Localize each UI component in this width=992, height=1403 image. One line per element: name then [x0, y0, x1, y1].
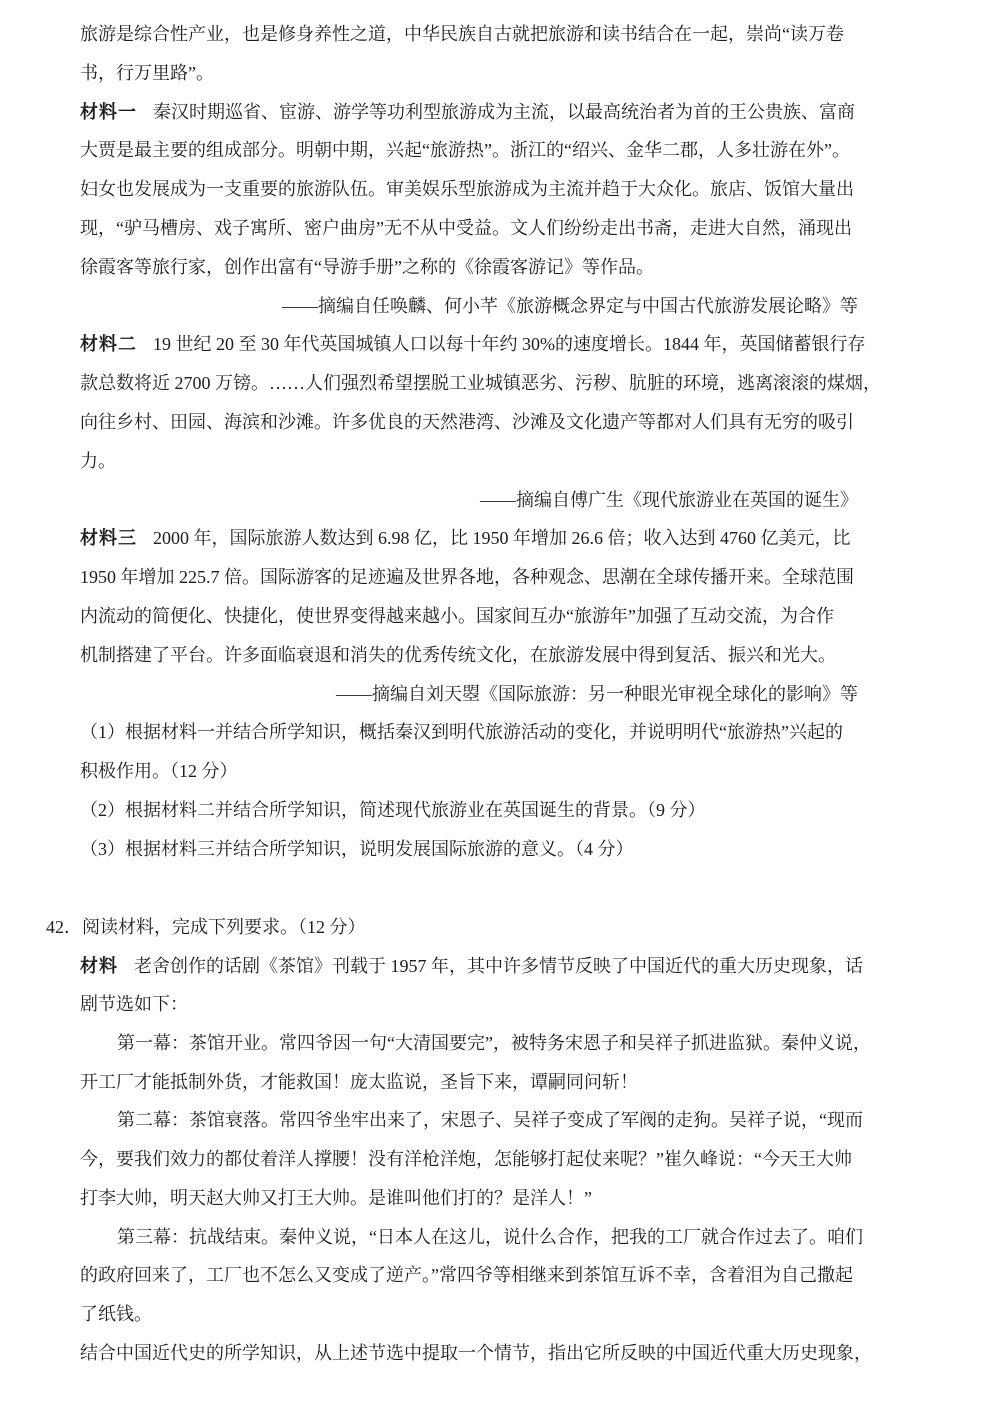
question-42-block: 42．阅读材料，完成下列要求。（12 分） 材料老舍创作的话剧《茶馆》刊载于 1…: [80, 908, 858, 1372]
material-1-line: 现，“驴马槽房、戏子寓所、密户曲房”无不从中受益。文人们纷纷走出书斋，走进大自然…: [80, 209, 858, 248]
text-line-part: 秦汉时期巡省、宦游、游学等功利型旅游成为主流，以最高统治者为首的王公贵族、富商: [153, 102, 855, 122]
text-line-part: 19 世纪 20 至 30 年代英国城镇人口以每十年约 30%的速度增长。184…: [153, 334, 866, 354]
task-instruction-line: 结合中国近代史的所学知识，从上述节选中提取一个情节，指出它所反映的中国近代重大历…: [80, 1334, 858, 1373]
act-2-line: 第二幕：茶馆衰落。常四爷坐牢出来了，宋恩子、吴祥子变成了军阀的走狗。吴祥子说，“…: [80, 1101, 858, 1140]
act-2-line: 打李大帅，明天赵大帅又打王大帅。是谁叫他们打的？是洋人！”: [80, 1179, 858, 1218]
material-3-line: 机制搭建了平台。许多面临衰退和消失的优秀传统文化，在旅游发展中得到复活、振兴和光…: [80, 636, 858, 675]
question-42-header-line: 42．阅读材料，完成下列要求。（12 分）: [46, 908, 858, 947]
material-line: 剧节选如下：: [80, 985, 858, 1024]
material-3-line: 1950 年增加 225.7 倍。国际游客的足迹遍及世界各地，各种观念、思潮在全…: [80, 558, 858, 597]
intro-line: 旅游是综合性产业，也是修身养性之道，中华民族自古就把旅游和读书结合在一起，崇尚“…: [80, 15, 858, 54]
sub-question-1-line: 积极作用。（12 分）: [80, 752, 858, 791]
sub-question-3-line: （3）根据材料三并结合所学知识，说明发展国际旅游的意义。（4 分）: [80, 830, 858, 869]
material-1-line: 徐霞客等旅行家，创作出富有“导游手册”之称的《徐霞客游记》等作品。: [80, 248, 858, 287]
material-2-first-line: 材料二19 世纪 20 至 30 年代英国城镇人口以每十年约 30%的速度增长。…: [80, 325, 858, 364]
material-2-line: 力。: [80, 442, 858, 481]
intro-line: 书，行万里路”。: [80, 54, 858, 93]
material-2-line: 向往乡村、田园、海滨和沙滩。许多优良的天然港湾、沙滩及文化遗产等都对人们具有无穷…: [80, 403, 858, 442]
act-2-line: 今，要我们效力的都仗着洋人撑腰！没有洋枪洋炮，怎能够打起仗来呢？”崔久峰说：“今…: [80, 1140, 858, 1179]
material-3-source-citation: ——摘编自刘天曌《国际旅游：另一种眼光审视全球化的影响》等: [80, 675, 858, 714]
act-3-line: 的政府回来了，工厂也不怎么又变成了逆产。”常四爷等相继来到茶馆互诉不幸，含着泪为…: [80, 1256, 858, 1295]
material-3-first-line: 材料三2000 年，国际旅游人数达到 6.98 亿，比 1950 年增加 26.…: [80, 519, 858, 558]
material-1-line: 妇女也发展成为一支重要的旅游队伍。审美娱乐型旅游成为主流并趋于大众化。旅店、饭馆…: [80, 170, 858, 209]
material-2-line: 款总数将近 2700 万镑。……人们强烈希望摆脱工业城镇恶劣、污秽、肮脏的环境，…: [80, 364, 858, 403]
material-1-label: 材料一: [80, 102, 137, 122]
material-1-line: 大贾是最主要的组成部分。明朝中期，兴起“旅游热”。浙江的“绍兴、金华二郡，人多壮…: [80, 131, 858, 170]
act-3-line: 第三幕：抗战结束。秦仲义说，“日本人在这儿，说什么合作，把我的工厂就合作过去了。…: [80, 1218, 858, 1257]
text-line-part: 老舍创作的话剧《茶馆》刊载于 1957 年，其中许多情节反映了中国近代的重大历史…: [134, 956, 863, 976]
exam-page: 旅游是综合性产业，也是修身养性之道，中华民族自古就把旅游和读书结合在一起，崇尚“…: [0, 0, 992, 1403]
text-line-part: 2000 年，国际旅游人数达到 6.98 亿，比 1950 年增加 26.6 倍…: [153, 528, 851, 548]
material-2-source-citation: ——摘编自傅广生《现代旅游业在英国的诞生》: [80, 481, 858, 520]
material-2-label: 材料二: [80, 334, 137, 354]
material-label: 材料: [80, 956, 118, 976]
act-3-line: 了纸钱。: [80, 1295, 858, 1334]
act-1-line: 开工厂才能抵制外货，才能救国！庞太监说，圣旨下来，谭嗣同问斩！: [80, 1063, 858, 1102]
sub-question-1-line: （1）根据材料一并结合所学知识，概括秦汉到明代旅游活动的变化，并说明明代“旅游热…: [80, 713, 858, 752]
act-1-line: 第一幕：茶馆开业。常四爷因一句“大清国要完”，被特务宋恩子和吴祥子抓进监狱。秦仲…: [80, 1024, 858, 1063]
material-1-source-citation: ——摘编自任唤麟、何小芊《旅游概念界定与中国古代旅游发展论略》等: [80, 287, 858, 326]
material-first-line: 材料老舍创作的话剧《茶馆》刊载于 1957 年，其中许多情节反映了中国近代的重大…: [80, 947, 858, 986]
material-1-first-line: 材料一秦汉时期巡省、宦游、游学等功利型旅游成为主流，以最高统治者为首的王公贵族、…: [80, 93, 858, 132]
material-3-label: 材料三: [80, 528, 137, 548]
question-41-block: 旅游是综合性产业，也是修身养性之道，中华民族自古就把旅游和读书结合在一起，崇尚“…: [80, 15, 858, 869]
sub-question-2-line: （2）根据材料二并结合所学知识，简述现代旅游业在英国诞生的背景。（9 分）: [80, 791, 858, 830]
material-3-line: 内流动的简便化、快捷化，使世界变得越来越小。国家间互办“旅游年”加强了互动交流，…: [80, 597, 858, 636]
